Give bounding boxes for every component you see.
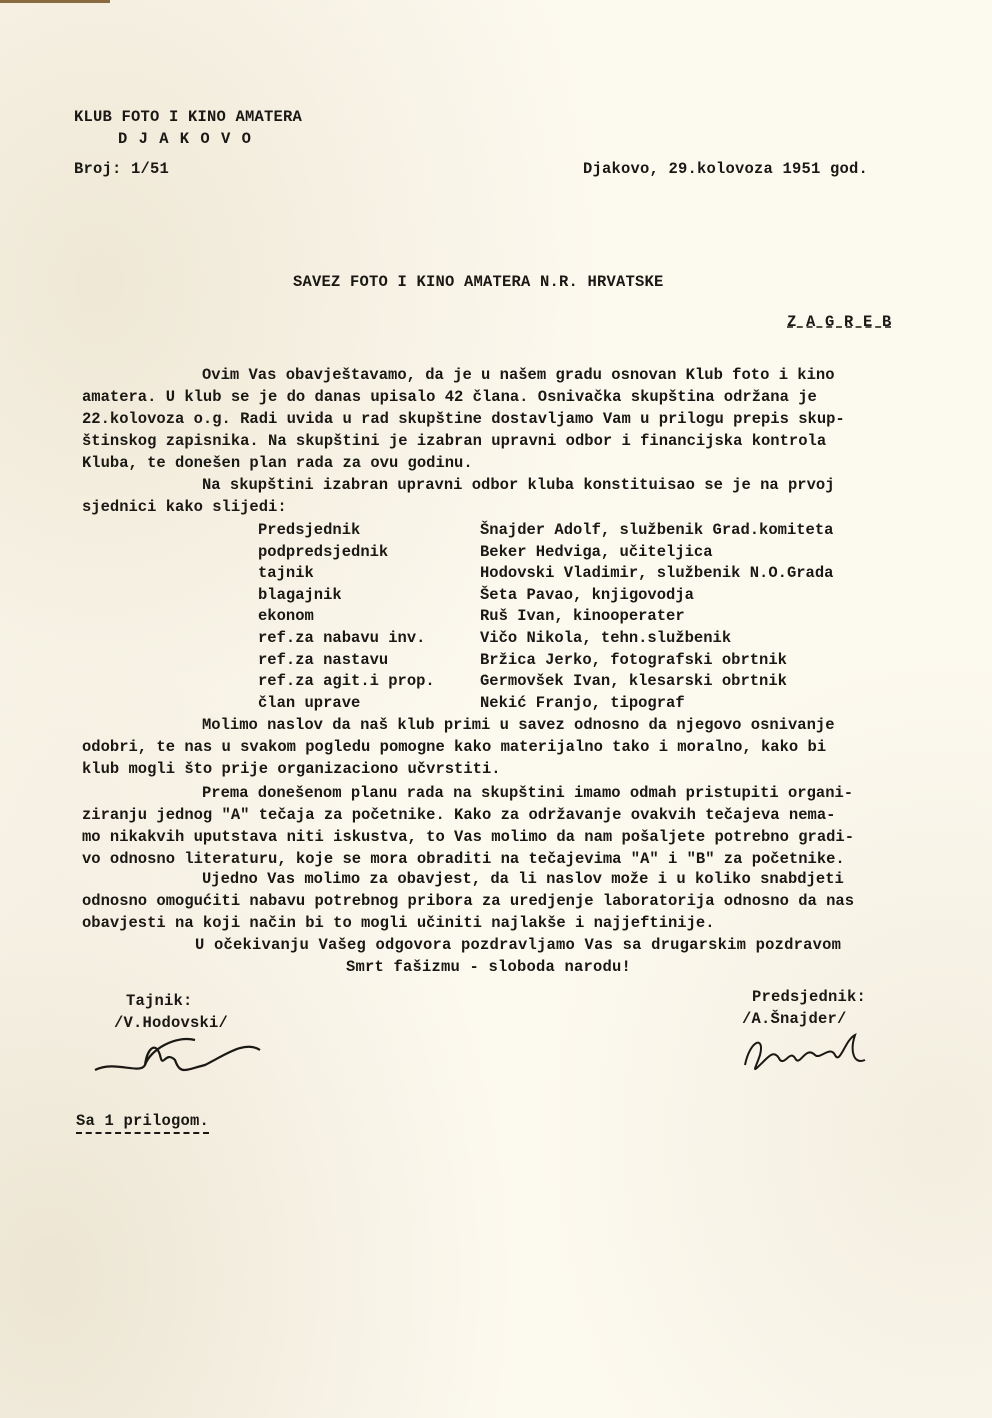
recipient-name: SAVEZ FOTO I KINO AMATERA N.R. HRVATSKE [293, 273, 664, 291]
board-row: ekonomRuš Ivan, kinooperater [258, 606, 833, 628]
recipient-city: Z A G R E B [787, 313, 892, 331]
org-name: KLUB FOTO I KINO AMATERA [74, 108, 302, 126]
president-title: Predsjednik: [752, 988, 866, 1006]
secretary-signature-icon [85, 1020, 265, 1100]
place-date: Djakovo, 29.kolovoza 1951 god. [583, 160, 868, 178]
closing-line: U očekivanju Vašeg odgovora pozdravljamo… [195, 936, 841, 954]
paragraph-2: Na skupštini izabran upravni odbor kluba… [82, 474, 932, 518]
board-row: član upraveNekić Franjo, tipograf [258, 693, 833, 715]
board-row: ref.za nastavuBržica Jerko, fotografski … [258, 650, 833, 672]
board-row: ref.za nabavu inv.Vičo Nikola, tehn.služ… [258, 628, 833, 650]
board-row: blagajnikŠeta Pavao, knjigovodja [258, 585, 833, 607]
letter-page: KLUB FOTO I KINO AMATERA D J A K O V O B… [0, 0, 992, 1418]
paragraph-3: Molimo naslov da naš klub primi u savez … [82, 714, 932, 780]
board-row: ref.za agit.i prop.Germovšek Ivan, klesa… [258, 671, 833, 693]
board-row: podpredsjednikBeker Hedviga, učiteljica [258, 542, 833, 564]
reference-number: Broj: 1/51 [74, 160, 169, 178]
org-city: D J A K O V O [118, 130, 252, 148]
board-roster: PredsjednikŠnajder Adolf, službenik Grad… [258, 520, 833, 714]
board-row: PredsjednikŠnajder Adolf, službenik Grad… [258, 520, 833, 542]
secretary-title: Tajnik: [126, 992, 193, 1010]
paragraph-1: Ovim Vas obavještavamo, da je u našem gr… [82, 364, 932, 474]
board-row: tajnikHodovski Vladimir, službenik N.O.G… [258, 563, 833, 585]
president-signature-icon [735, 1030, 885, 1080]
paper-edge [0, 0, 110, 3]
president-name: /A.Šnajder/ [742, 1010, 847, 1028]
paragraph-4: Prema donešenom planu rada na skupštini … [82, 782, 932, 870]
slogan: Smrt fašizmu - sloboda narodu! [346, 958, 631, 976]
paragraph-5: Ujedno Vas molimo za obavjest, da li nas… [82, 868, 932, 934]
attachment-note: Sa 1 prilogom. [76, 1112, 209, 1134]
